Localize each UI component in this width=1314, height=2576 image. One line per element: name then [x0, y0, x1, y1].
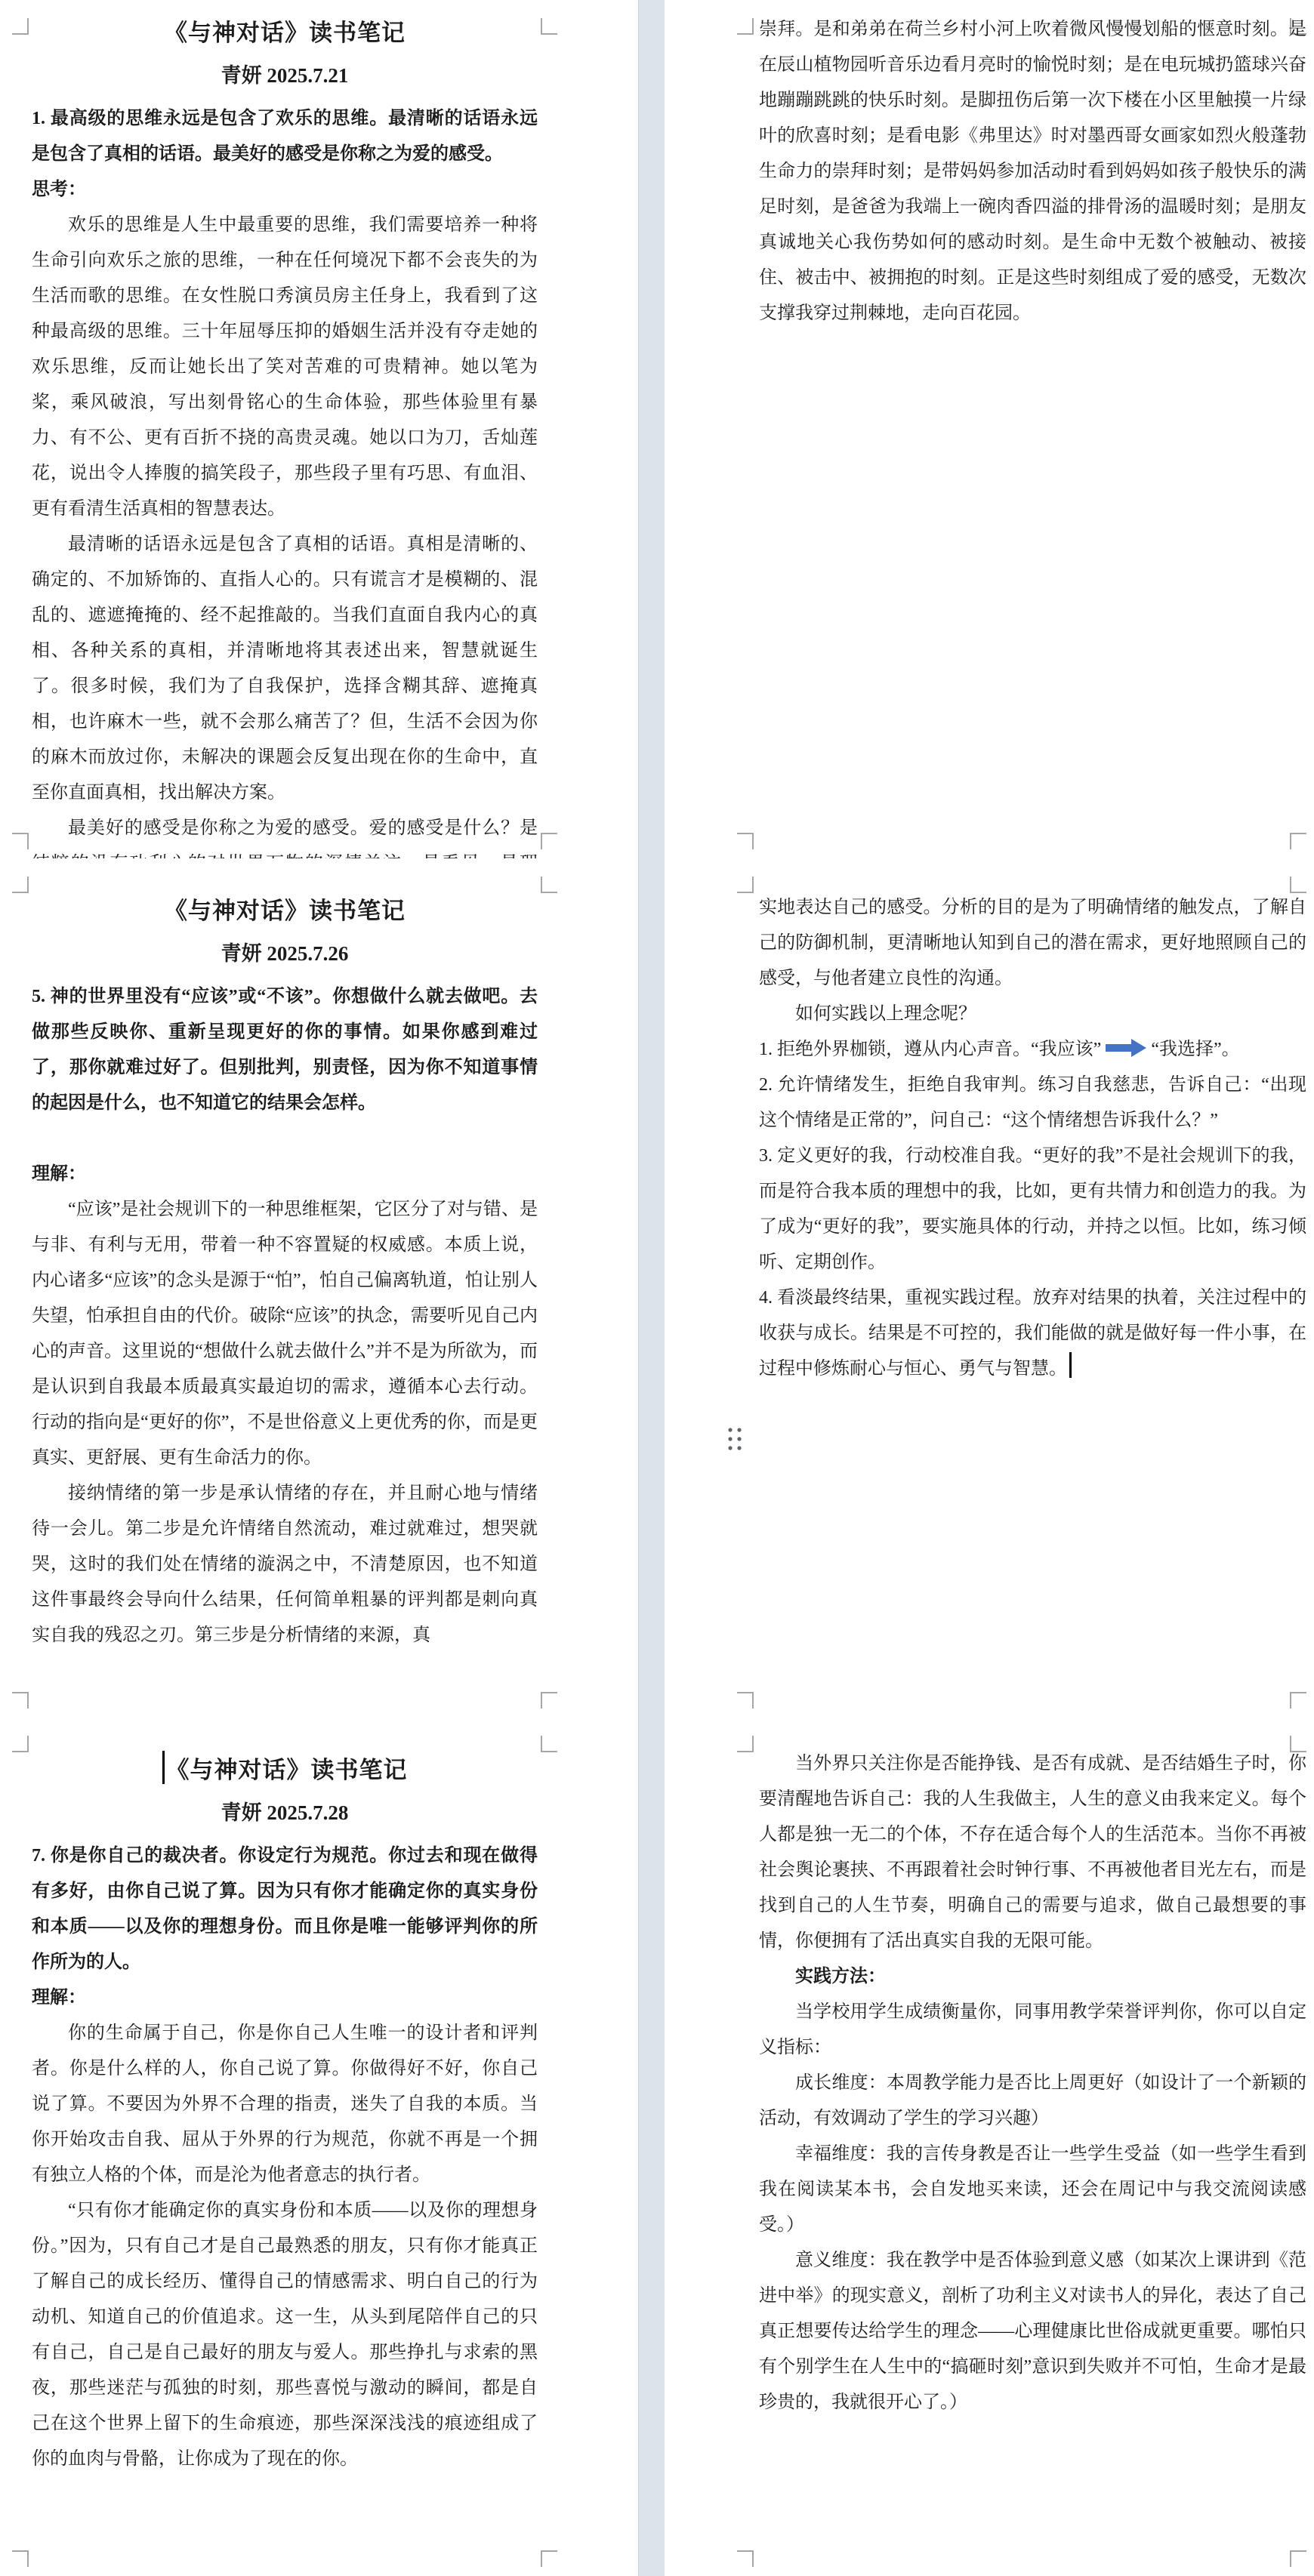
drag-handle-icon[interactable] [726, 1425, 743, 1453]
paragraph[interactable]: 7. 你是你自己的裁决者。你设定行为规范。你过去和现在做得有多好，由你自己说了算… [32, 1838, 538, 1980]
page-title[interactable]: 《与神对话》读书笔记 [32, 11, 538, 56]
page-content: 当外界只关注你是否能挣钱、是否有成就、是否结婚生子时，你要清醒地告诉自己：我的人… [759, 1718, 1306, 2420]
crop-mark [1290, 833, 1306, 849]
page-paragraphs: 1. 最高级的思维永远是包含了欢乐的思维。最清晰的话语永远是包含了真相的话语。最… [32, 101, 538, 858]
page-paragraphs: 5. 神的世界里没有“应该”或“不该”。你想做什么就去做吧。去做那些反映你、重新… [32, 979, 538, 1653]
crop-mark [12, 1692, 29, 1709]
paragraph[interactable]: 意义维度：我在教学中是否体验到意义感（如某次上课讲到《范进中举》的现实意义，剖析… [759, 2243, 1306, 2420]
document-page-2[interactable]: 崇拜。是和弟弟在荷兰乡村小河上吹着微风慢慢划船的惬意时刻。是在辰山植物园听音乐边… [665, 0, 1314, 858]
page-content: 《与神对话》读书笔记 青妍 2025.7.28 7. 你是你自己的裁决者。你设定… [32, 1718, 538, 2477]
page-gutter [638, 0, 666, 2576]
crop-mark [12, 833, 29, 849]
paragraph[interactable]: 5. 神的世界里没有“应该”或“不该”。你想做什么就去做吧。去做那些反映你、重新… [32, 979, 538, 1121]
paragraph[interactable]: 当学校用学生成绩衡量你，同事用教学荣誉评判你，你可以自定义指标： [759, 1995, 1306, 2066]
page-author-date[interactable]: 青妍 2025.7.26 [32, 934, 538, 973]
paragraph[interactable]: 1. 拒绝外界枷锁，遵从内心声音。“我应该”“我选择”。 [759, 1032, 1306, 1068]
crop-mark [541, 833, 557, 849]
paragraph[interactable]: “只有你才能确定你的真实身份和本质——以及你的理想身份。”因为，只有自己才是自己… [32, 2193, 538, 2477]
page-author-date[interactable]: 青妍 2025.7.21 [32, 56, 538, 95]
crop-mark [737, 2550, 754, 2567]
crop-mark [1290, 2550, 1306, 2567]
document-page-3[interactable]: 《与神对话》读书笔记 青妍 2025.7.26 5. 神的世界里没有“应该”或“… [0, 858, 638, 1718]
page-paragraphs: 当外界只关注你是否能挣钱、是否有成就、是否结婚生子时，你要清醒地告诉自己：我的人… [759, 1746, 1306, 2420]
paragraph[interactable]: 实地表达自己的感受。分析的目的是为了明确情绪的触发点，了解自己的防御机制，更清晰… [759, 890, 1306, 997]
paragraph[interactable]: 幸福维度：我的言传身教是否让一些学生受益（如一些学生看到我在阅读某本书，会自发地… [759, 2137, 1306, 2243]
crop-mark [737, 1736, 754, 1752]
crop-mark [12, 877, 29, 893]
paragraph[interactable]: 如何实践以上理念呢？ [759, 997, 1306, 1032]
document-page-5[interactable]: 《与神对话》读书笔记 青妍 2025.7.28 7. 你是你自己的裁决者。你设定… [0, 1718, 638, 2576]
text-cursor [162, 1751, 165, 1784]
crop-mark [12, 1736, 29, 1752]
crop-mark [541, 1692, 557, 1709]
page-content: 《与神对话》读书笔记 青妍 2025.7.21 1. 最高级的思维永远是包含了欢… [32, 0, 538, 858]
text-cursor [1069, 1352, 1072, 1378]
paragraph[interactable]: 崇拜。是和弟弟在荷兰乡村小河上吹着微风慢慢划船的惬意时刻。是在辰山植物园听音乐边… [759, 12, 1306, 331]
crop-mark [1290, 1692, 1306, 1709]
paragraph[interactable]: 4. 看淡最终结果，重视实践过程。放弃对结果的执着，关注过程中的收获与成长。结果… [759, 1280, 1306, 1387]
paragraph[interactable]: 1. 最高级的思维永远是包含了欢乐的思维。最清晰的话语永远是包含了真相的话语。最… [32, 101, 538, 172]
document-page-4[interactable]: 实地表达自己的感受。分析的目的是为了明确情绪的触发点，了解自己的防御机制，更清晰… [665, 858, 1314, 1718]
paragraph[interactable]: 最美好的感受是你称之为爱的感受。爱的感受是什么？是纯粹的没有功利心的对世界万物的… [32, 811, 538, 858]
crop-mark [12, 2550, 29, 2567]
paragraph[interactable]: 理解： [32, 1157, 538, 1192]
crop-mark [737, 833, 754, 849]
page-paragraphs: 7. 你是你自己的裁决者。你设定行为规范。你过去和现在做得有多好，由你自己说了算… [32, 1838, 538, 2477]
page-content: 崇拜。是和弟弟在荷兰乡村小河上吹着微风慢慢划船的惬意时刻。是在辰山植物园听音乐边… [759, 0, 1306, 331]
page-title[interactable]: 《与神对话》读书笔记 [32, 1748, 538, 1793]
crop-mark [541, 18, 557, 35]
paragraph[interactable]: 接纳情绪的第一步是承认情绪的存在，并且耐心地与情绪待一会儿。第二步是允许情绪自然… [32, 1476, 538, 1653]
page-paragraphs: 崇拜。是和弟弟在荷兰乡村小河上吹着微风慢慢划船的惬意时刻。是在辰山植物园听音乐边… [759, 12, 1306, 331]
page-author-date[interactable]: 青妍 2025.7.28 [32, 1793, 538, 1832]
page-content: 实地表达自己的感受。分析的目的是为了明确情绪的触发点，了解自己的防御机制，更清晰… [759, 858, 1306, 1387]
page-title[interactable]: 《与神对话》读书笔记 [32, 889, 538, 934]
paragraph[interactable]: 实践方法： [759, 1959, 1306, 1995]
paragraph[interactable]: 你的生命属于自己，你是你自己人生唯一的设计者和评判者。你是什么样的人，你自己说了… [32, 2016, 538, 2193]
document-page-6[interactable]: 当外界只关注你是否能挣钱、是否有成就、是否结婚生子时，你要清醒地告诉自己：我的人… [665, 1718, 1314, 2576]
arrow-right-icon [1106, 1039, 1146, 1057]
paragraph[interactable]: 当外界只关注你是否能挣钱、是否有成就、是否结婚生子时，你要清醒地告诉自己：我的人… [759, 1746, 1306, 1959]
paragraph[interactable]: 3. 定义更好的我，行动校准自我。“更好的我”不是社会规训下的我，而是符合我本质… [759, 1139, 1306, 1280]
paragraph[interactable]: 思考： [32, 172, 538, 208]
paragraph[interactable]: 欢乐的思维是人生中最重要的思维，我们需要培养一种将生命引向欢乐之旅的思维，一种在… [32, 208, 538, 527]
paragraph[interactable]: 最清晰的话语永远是包含了真相的话语。真相是清晰的、确定的、不加矫饰的、直指人心的… [32, 527, 538, 811]
crop-mark [12, 18, 29, 35]
crop-mark [737, 18, 754, 35]
paragraph[interactable]: 成长维度：本周教学能力是否比上周更好（如设计了一个新颖的活动，有效调动了学生的学… [759, 2066, 1306, 2137]
page-paragraphs: 实地表达自己的感受。分析的目的是为了明确情绪的触发点，了解自己的防御机制，更清晰… [759, 890, 1306, 1387]
crop-mark [737, 1692, 754, 1709]
crop-mark [737, 877, 754, 893]
crop-mark [541, 1736, 557, 1752]
paragraph[interactable]: 理解： [32, 1980, 538, 2016]
paragraph[interactable]: “应该”是社会规训下的一种思维框架，它区分了对与错、是与非、有利与无用，带着一种… [32, 1192, 538, 1476]
crop-mark [541, 2550, 557, 2567]
word-processor-canvas: 《与神对话》读书笔记 青妍 2025.7.21 1. 最高级的思维永远是包含了欢… [0, 0, 1314, 2576]
document-page-1[interactable]: 《与神对话》读书笔记 青妍 2025.7.21 1. 最高级的思维永远是包含了欢… [0, 0, 638, 858]
page-content: 《与神对话》读书笔记 青妍 2025.7.26 5. 神的世界里没有“应该”或“… [32, 858, 538, 1653]
paragraph[interactable]: 2. 允许情绪发生，拒绝自我审判。练习自我慈悲，告诉自己：“出现这个情绪是正常的… [759, 1068, 1306, 1139]
crop-mark [541, 877, 557, 893]
